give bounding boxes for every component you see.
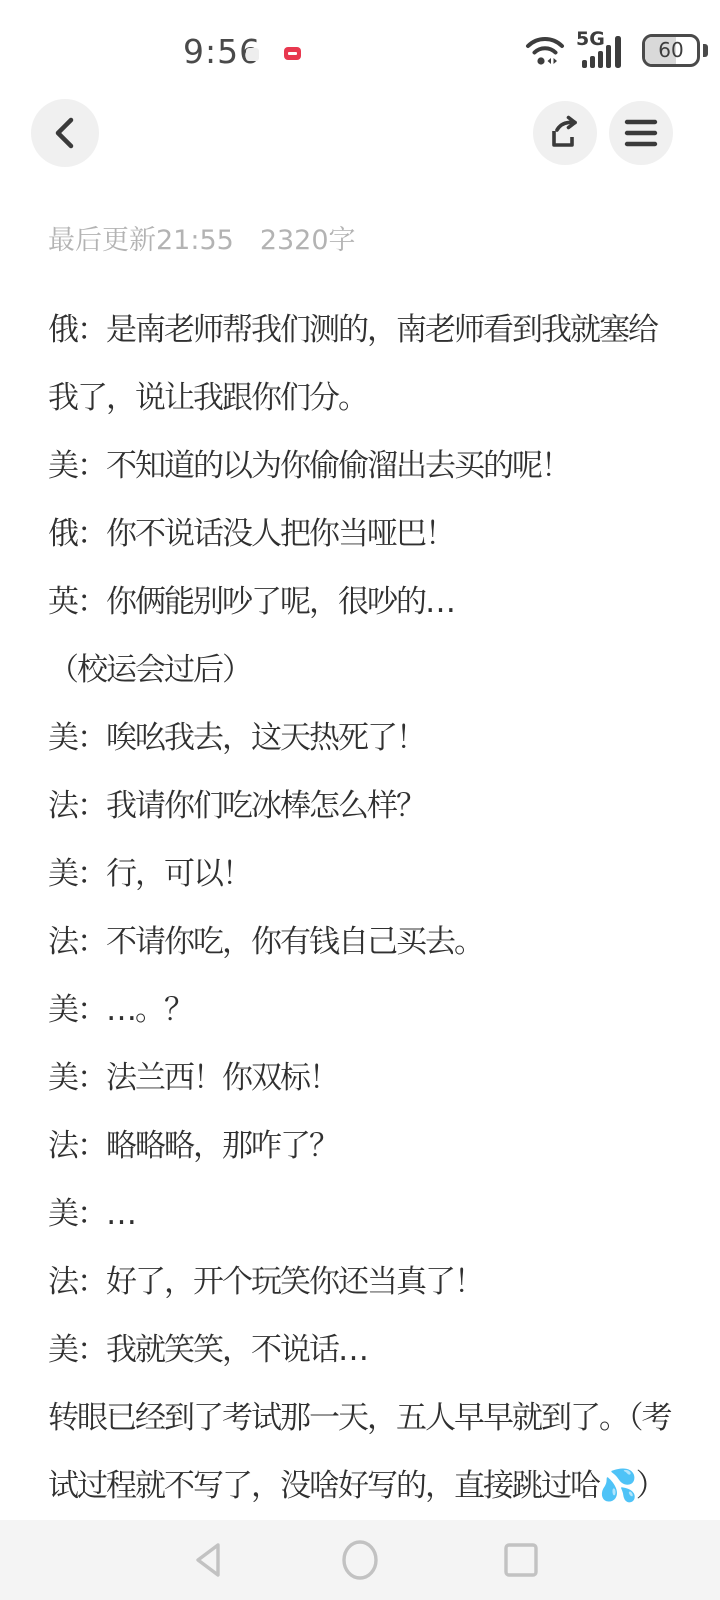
share-button[interactable] bbox=[533, 101, 597, 165]
share-icon bbox=[546, 114, 584, 152]
battery-icon: 60 bbox=[642, 34, 700, 67]
android-navbar bbox=[0, 1520, 720, 1600]
paragraph: 转眼已经到了考试那一天，五人早早就到了。（考试过程就不写了，没啥好写的，直接跳过… bbox=[48, 1384, 672, 1520]
status-icons: 5G 60 bbox=[524, 28, 708, 72]
last-updated-label: 最后更新21:55 bbox=[48, 225, 234, 256]
nav-home-circle-icon bbox=[340, 1539, 380, 1581]
paragraph: 美：…。？ bbox=[48, 976, 672, 1044]
phone-screen: 9:56 5G bbox=[0, 0, 720, 1600]
toolbar bbox=[0, 99, 720, 171]
paragraph: 英：你俩能别吵了呢，很吵的… bbox=[48, 568, 672, 636]
paragraph: 美：我就笑笑，不说话… bbox=[48, 1316, 672, 1384]
notification-icon bbox=[246, 48, 259, 61]
cell-signal-icon: 5G bbox=[576, 30, 632, 70]
wifi-icon bbox=[524, 31, 566, 69]
back-button[interactable] bbox=[31, 99, 99, 167]
paragraph: （校运会过后） bbox=[48, 636, 672, 704]
nav-recents-button[interactable] bbox=[500, 1539, 542, 1581]
status-bar: 9:56 5G bbox=[0, 0, 720, 84]
menu-button[interactable] bbox=[609, 101, 673, 165]
nav-back-button[interactable] bbox=[186, 1539, 228, 1581]
battery-nub bbox=[703, 44, 708, 57]
paragraph: 美：… bbox=[48, 1180, 672, 1248]
paragraph: 俄：你不说话没人把你当哑巴！ bbox=[48, 500, 672, 568]
article-meta: 最后更新21:552320字 bbox=[48, 218, 356, 257]
paragraph: 法：略略略，那咋了？ bbox=[48, 1112, 672, 1180]
nav-back-triangle-icon bbox=[192, 1541, 222, 1579]
word-count-label: 2320字 bbox=[260, 225, 356, 256]
paragraph: 法：我请你们吃冰棒怎么样？ bbox=[48, 772, 672, 840]
chevron-left-icon bbox=[48, 113, 82, 153]
hamburger-menu-icon bbox=[623, 116, 659, 150]
nav-recents-square-icon bbox=[502, 1541, 540, 1579]
paragraph: 美：唉吆我去，这天热死了！ bbox=[48, 704, 672, 772]
paragraph: 美：行，可以！ bbox=[48, 840, 672, 908]
battery-level-label: 60 bbox=[645, 37, 697, 64]
article-body[interactable]: 俄：是南老师帮我们测的，南老师看到我就塞给我了，说让我跟你们分。美：不知道的以为… bbox=[0, 296, 720, 1520]
do-not-disturb-icon bbox=[284, 47, 301, 60]
nav-home-button[interactable] bbox=[339, 1539, 381, 1581]
paragraph: 美：法兰西！你双标！ bbox=[48, 1044, 672, 1112]
paragraph: 法：好了，开个玩笑你还当真了！ bbox=[48, 1248, 672, 1316]
paragraph: 法：不请你吃，你有钱自己买去。 bbox=[48, 908, 672, 976]
paragraph: 美：不知道的以为你偷偷溜出去买的呢！ bbox=[48, 432, 672, 500]
paragraph: 俄：是南老师帮我们测的，南老师看到我就塞给我了，说让我跟你们分。 bbox=[48, 296, 672, 432]
